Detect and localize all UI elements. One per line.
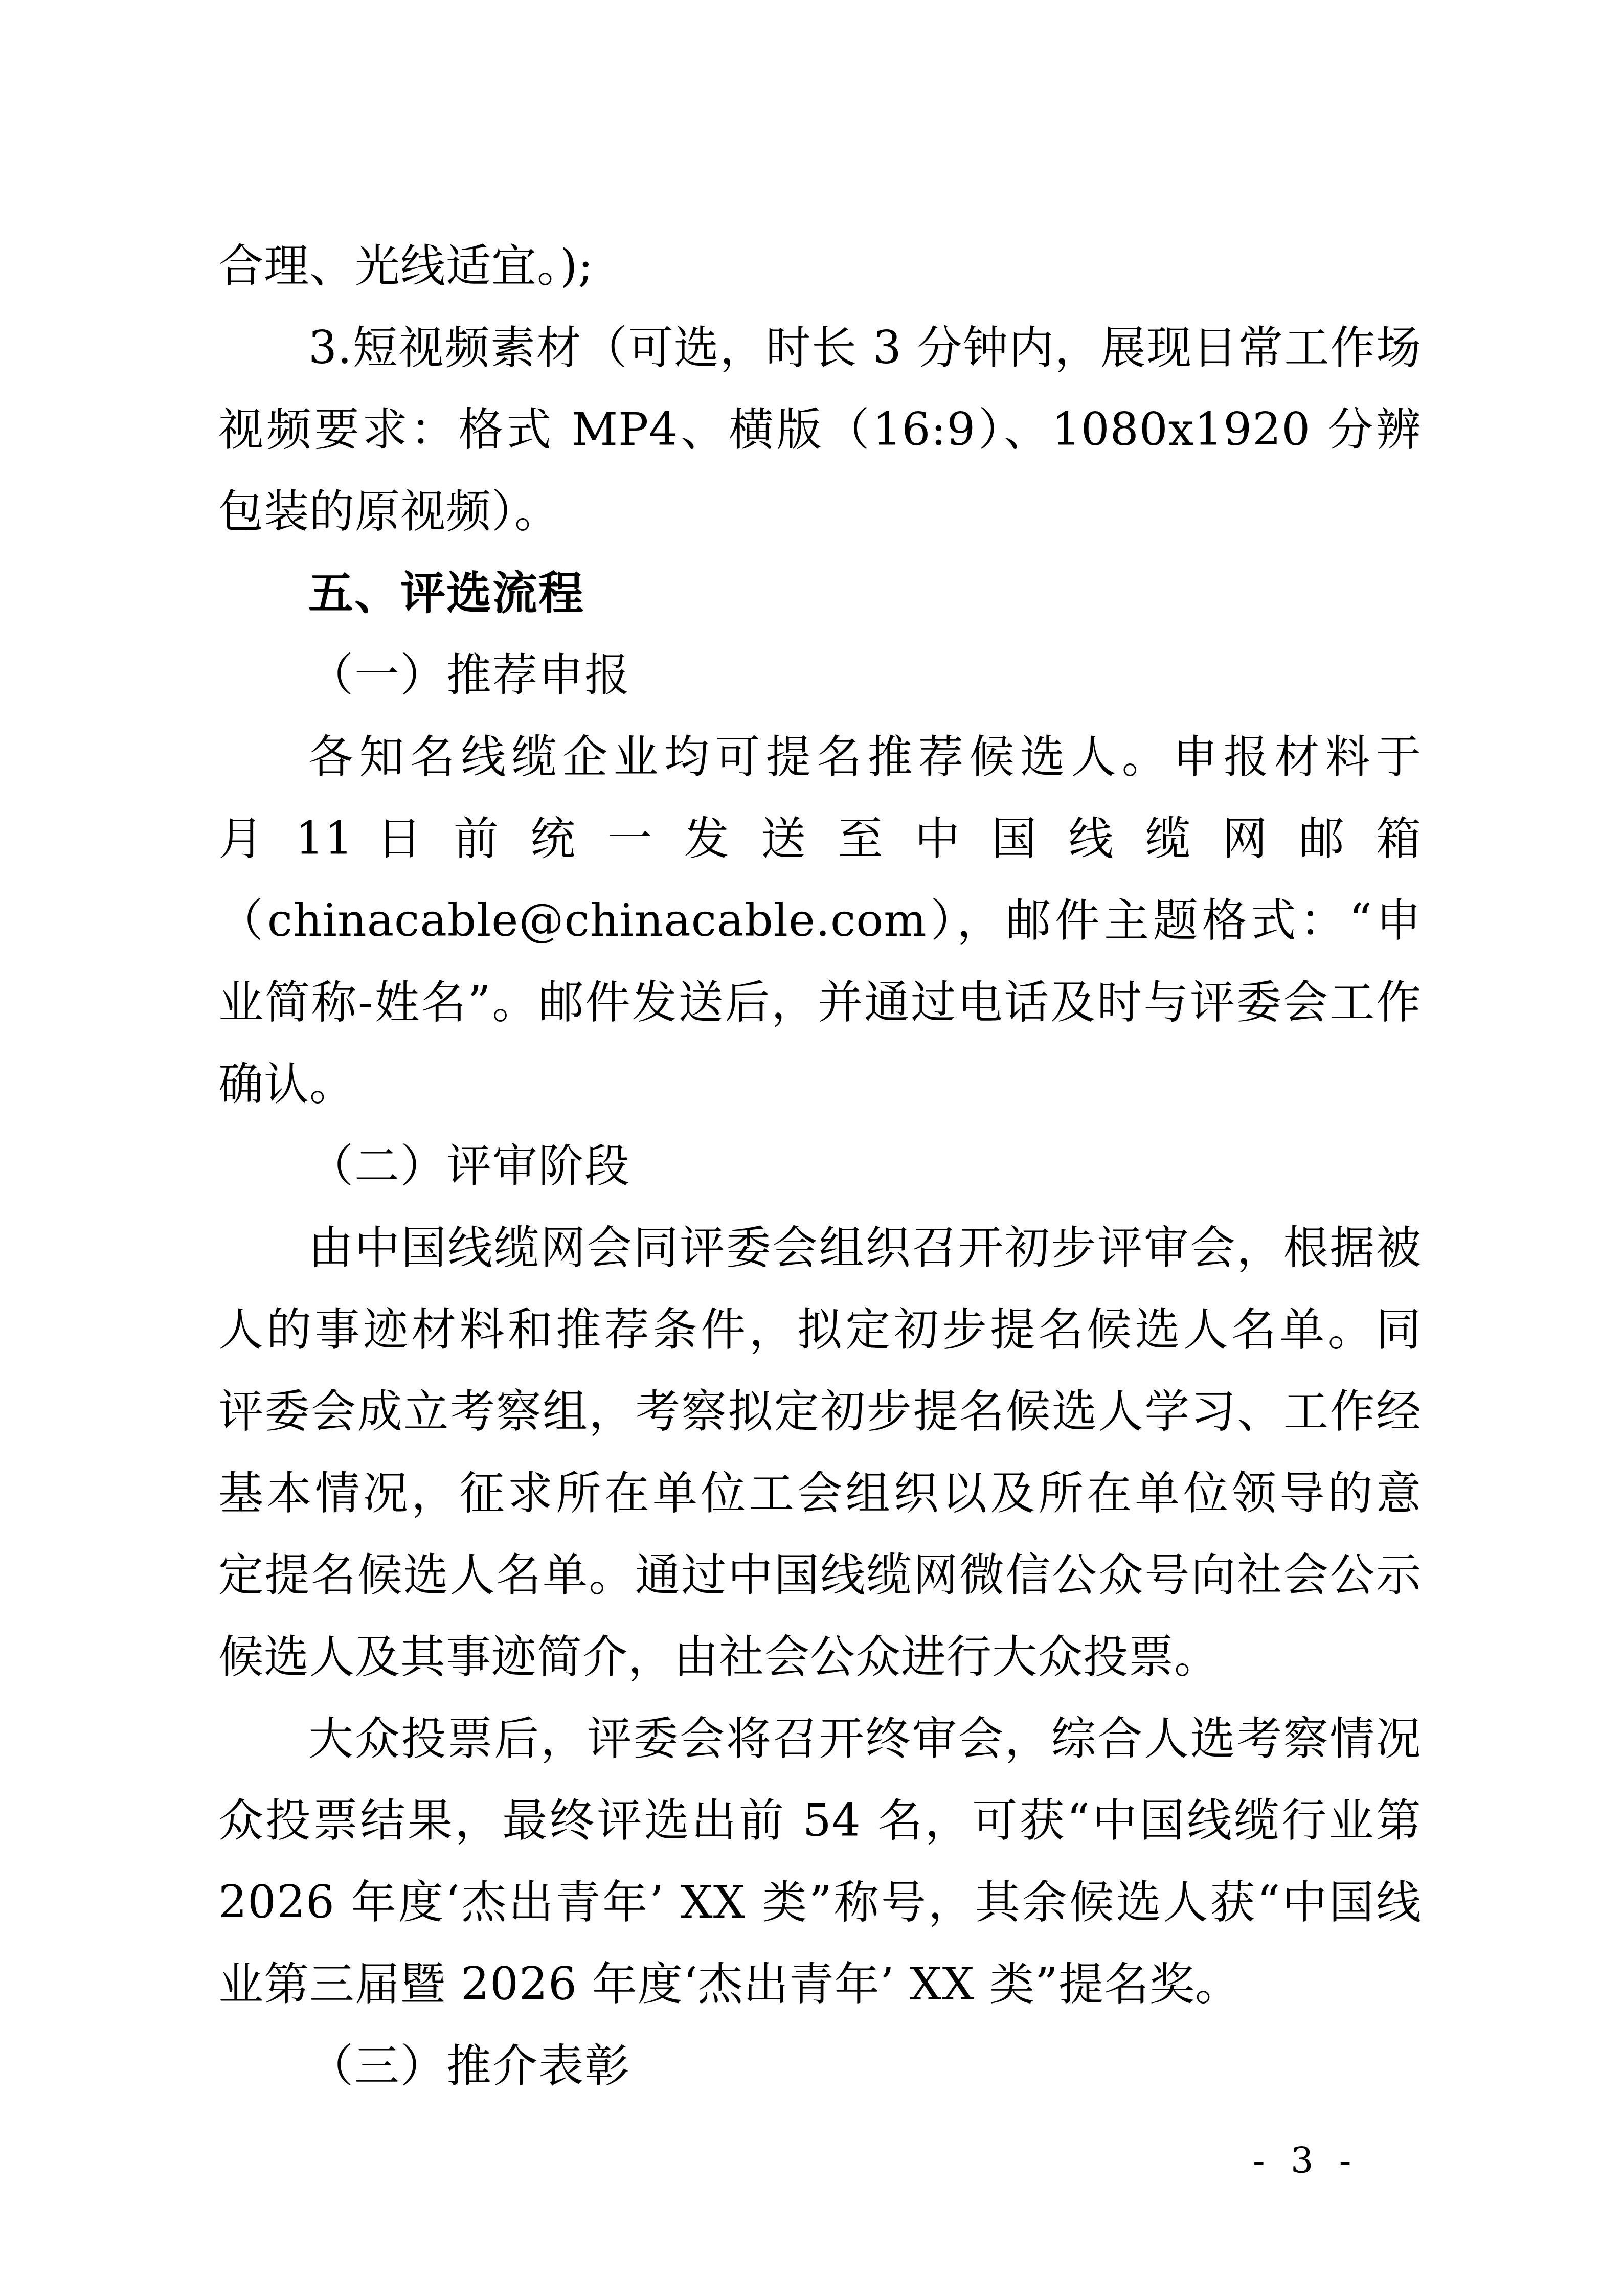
body-line: 业第三届暨 2026 年度‘杰出青年’ XX 类”提名奖。 <box>218 1943 1422 2025</box>
body-line: 基本情况，征求所在单位工会组织以及所在单位领导的意见，确 <box>218 1452 1422 1534</box>
body-line-justified-wide: 月 11 日 前 统 一 发 送 至 中 国 线 缆 网 邮 箱 <box>218 798 1422 880</box>
body-line: 大众投票后，评委会将召开终审会，综合人选考察情况和大 <box>218 1698 1422 1780</box>
body-line: 2026 年度‘杰出青年’ XX 类”称号，其余候选人获“中国线缆行 <box>218 1861 1422 1943</box>
body-line: 3.短视频素材（可选，时长 3 分钟内，展现日常工作场景， <box>218 307 1422 389</box>
body-line: 众投票结果，最终评选出前 54 名，可获“中国线缆行业第三届暨 <box>218 1780 1422 1861</box>
body-line: 视频要求：格式 MP4、横版（16:9）、1080x1920 分辨率，无字幕 <box>218 389 1422 470</box>
body-line: 合理、光线适宜。); <box>218 225 1422 307</box>
page-number: - 3 - <box>1253 2125 1358 2196</box>
body-line: 各知名线缆企业均可提名推荐候选人。申报材料于 2026 年 4 <box>218 716 1422 798</box>
document-page: 合理、光线适宜。); 3.短视频素材（可选，时长 3 分钟内，展现日常工作场景，… <box>0 0 1623 2296</box>
body-line: 定提名候选人名单。通过中国线缆网微信公众号向社会公示提名 <box>218 1534 1422 1616</box>
body-line: 候选人及其事迹简介，由社会公众进行大众投票。 <box>218 1616 1422 1698</box>
body-line: 由中国线缆网会同评委会组织召开初步评审会，根据被推报 <box>218 1207 1422 1289</box>
subheading-recommend-apply: （一）推荐申报 <box>218 634 1422 716</box>
body-line: 确认。 <box>218 1043 1422 1125</box>
body-line: 人的事迹材料和推荐条件，拟定初步提名候选人名单。同时，由 <box>218 1289 1422 1370</box>
section-heading-selection-process: 五、评选流程 <box>218 552 1422 634</box>
body-line: 评委会成立考察组，考察拟定初步提名候选人学习、工作经历等 <box>218 1370 1422 1452</box>
body-line: 业简称-姓名”。邮件发送后，并通过电话及时与评委会工作人员 <box>218 961 1422 1043</box>
subheading-promotion-commendation: （三）推介表彰 <box>218 2025 1422 2107</box>
subheading-review-stage: （二）评审阶段 <box>218 1125 1422 1207</box>
document-body: 合理、光线适宜。); 3.短视频素材（可选，时长 3 分钟内，展现日常工作场景，… <box>218 225 1422 2107</box>
body-line-email: （chinacable@chinacable.com），邮件主题格式：“申报类型… <box>218 880 1422 961</box>
body-line: 包装的原视频）。 <box>218 470 1422 552</box>
